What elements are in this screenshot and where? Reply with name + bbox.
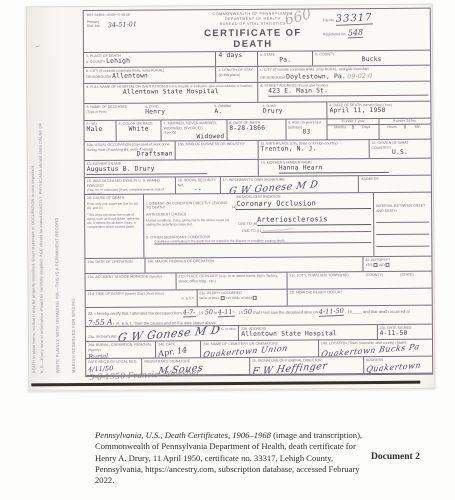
certify-text: 22. I hereby certify that I attended the… (88, 311, 182, 317)
date-of-birth-field: 8. DATE OF BIRTH 8-28-1866 (226, 120, 285, 140)
county-of-death-value: Lehigh (106, 59, 130, 66)
date-of-death: 4. DATE OF DEATH (Month) (Day) (Year) Ap… (327, 102, 431, 119)
field-label: 19a. DATE OF OPERATION (87, 260, 142, 265)
primary-dist-number: 34-51-01 (108, 21, 138, 30)
form-header: BVS 54464—4549—5-48 48 PrimaryDist. No. … (84, 9, 430, 53)
birthplace-field: 11. BIRTHPLACE (City, State or foreign c… (258, 140, 369, 159)
autopsy-no-label: NO (379, 263, 384, 267)
attended-to-year: 50 (244, 308, 253, 316)
social-security-field: 16. SOCIAL SECURITY NO. -- (175, 177, 220, 193)
residence-pencil-code: 09-02-0 (347, 71, 372, 80)
under-24-hours-field: If under 24 hrs. Hours Min. (379, 119, 431, 139)
field-label: c. LENGTH OF STAY (in this place) (219, 68, 256, 77)
age-field: 9. AGE (In years last birthday) 83 (285, 120, 327, 140)
kind-of-business-field: 10b. KIND OF BUSINESS OR INDUSTRY (175, 141, 258, 160)
form-header-right: 660 File No. 33317 Registered No. 548 (323, 11, 427, 50)
residence-county: b. COUNTY Bucks (312, 51, 430, 66)
certify-text: , 19 (197, 311, 204, 316)
field-label: DUE TO (b) (238, 221, 257, 226)
date-of-operation-field: 19a. DATE OF OPERATION (85, 259, 144, 273)
armed-forces-field: 15. WAS DECEASED EVER IN U. S. ARMED FOR… (85, 178, 175, 195)
field-note: (Type or Print) (86, 110, 106, 114)
field-label: Months (328, 125, 354, 130)
faint-pencil-mark (261, 226, 295, 232)
age-value: 83 (288, 130, 325, 137)
primary-dist-label: PrimaryDist. No. (87, 20, 107, 29)
injury-while-at-work-label: While at Work (199, 296, 219, 300)
place-of-injury-field: 21b. PLACE OF INJURY (e.g., in or about … (175, 273, 286, 290)
field-label: a. COUNTY (86, 60, 105, 64)
field-label: 21b. PLACE OF INJURY (e.g., in or about … (178, 274, 284, 284)
field-label: (COUNTY) (366, 273, 384, 277)
file-no-label: File No. (323, 18, 335, 22)
street-address: d. STREET ADDRESS (If rural, give locati… (257, 82, 430, 102)
city-of-death-value: Allentown (112, 73, 148, 80)
field-label: 19b. MAJOR FINDINGS OF OPERATION (147, 258, 360, 264)
residence-state: a. STATE Pa. (257, 52, 312, 66)
field-label: 10b. KIND OF BUSINESS OR INDUSTRY (178, 142, 256, 147)
deceased-middle-name: b. (Middle) A. (212, 103, 261, 119)
birthplace-value: Trenton, N. J. (261, 146, 367, 154)
row-hospital-street: d. FULL NAME OF HOSPITAL OR INSTITUTION … (84, 81, 430, 103)
time-of-death-value: 7:55 A. (88, 318, 115, 327)
cemetery-field: 24c. NAME OF CEMETERY OR CREMATORY Quake… (200, 341, 318, 358)
certify-text: and that death occurred at (363, 309, 410, 314)
major-findings-field: 19b. MAJOR FINDINGS OF OPERATION (144, 257, 362, 273)
fathers-name-value: Augustus B. Drury (87, 166, 207, 175)
field-label: 7. MARRIED, NEVER MARRIED, WIDOWED, DIVO… (164, 121, 225, 130)
field-label: Min. (405, 124, 430, 129)
citation-title: Pennsylvania, U.S., Death Certificates, … (95, 430, 271, 440)
row-certify-statement: 22. I hereby certify that I attended the… (86, 305, 432, 326)
marital-status-field: 7. MARRIED, NEVER MARRIED, WIDOWED, DIVO… (161, 120, 227, 140)
cause-of-death-sidebar: 18. CAUSE OF DEATH Enter only one cause … (85, 195, 143, 258)
certificate-form: BVS 54464—4549—5-48 48 PrimaryDist. No. … (83, 8, 434, 378)
field-label: (STATE) (400, 273, 413, 277)
date-of-birth-value: 8-28-1866 (229, 126, 265, 133)
field-note: Enter only one cause per line for (a), (… (87, 201, 141, 209)
city-of-death: b. CITY (If outside corporate limits, wr… (84, 67, 216, 83)
margin-note-permanent: WRITE PLAINLY, WITH UNFADING INK—THIS IS… (53, 13, 61, 373)
place-of-death-county: 1. PLACE OF DEATH a. COUNTY Lehigh (84, 52, 216, 67)
field-label: OR BOROUGH (260, 75, 285, 79)
autopsy-field: 20. AUTOPSY? YES NO (362, 257, 431, 271)
fathers-name-field: 13. FATHER'S NAME Augustus B. Drury (85, 160, 258, 177)
field-note: (Specify) (88, 348, 101, 352)
source-citation: Pennsylvania, U.S., Death Certificates, … (95, 430, 367, 487)
citizen-field: 12. CITIZEN OF WHAT COUNTRY? U.S. (368, 140, 430, 158)
sex-value: Male (87, 127, 103, 134)
registered-number: 548 (348, 28, 364, 39)
hospital-name-value: Allentown State Hospital (86, 89, 255, 97)
field-label: Days (354, 125, 379, 130)
margin-note-nb-line2: DEATH in plain terms, so that it may be … (30, 13, 37, 373)
field-note: (Month) (Day) (Year) (Hour) (125, 292, 164, 296)
field-note: (Specify) (149, 275, 162, 279)
field-label: I. DISEASE OR CONDITION DIRECTLY LEADING… (146, 201, 232, 211)
color-race-field: 6. COLOR OR RACE White (116, 121, 161, 141)
funeral-director-address-field: ADDRESS Quakertown (363, 357, 432, 373)
burial-cremation-field: 24a. BURIAL, CREMATION, REMOVAL (Specify… (86, 342, 155, 358)
certify-text: , 19 (236, 310, 243, 315)
field-label: 24a. BURIAL, CREMATION, REMOVAL (88, 343, 151, 347)
physician-address-value: Allentown State Hospital (241, 331, 337, 339)
certificate-title: CERTIFICATE OF DEATH (183, 28, 323, 51)
field-label: 18. CAUSE OF DEATH (87, 196, 141, 201)
physician-address-field: 23b. ADDRESS Allentown State Hospital (238, 325, 376, 340)
field-label: OR BOROUGH (86, 75, 111, 79)
color-race-value: White (119, 126, 159, 133)
date-signed-value: 4-11-50 (380, 331, 408, 338)
how-injury-occurred-field: 21f. HOW DID INJURY OCCUR? (286, 289, 431, 306)
form-code: BVS 54464—4549—5-48 48 (87, 12, 183, 17)
burial-date-value: Apr. 14 (158, 345, 188, 358)
field-note: Conditions contributing to the death but… (154, 239, 371, 246)
field-note: m. E.S.T. (88, 296, 195, 301)
field-label: c. CITY (If outside corporate limits, wr… (260, 67, 428, 73)
deceased-first-name: a. (First) Henry (143, 103, 212, 119)
row-occupation-birthplace: 10a. USUAL OCCUPATION (Give kind of work… (85, 139, 431, 160)
registered-no-label: Registered No. (323, 32, 347, 36)
interval-column: INTERVAL BETWEEN ONSET AND DEATH (373, 193, 431, 256)
field-label: ADDRESS (361, 177, 429, 182)
sex-field: 5. SEX Male (84, 121, 115, 141)
field-label: 21c. (CITY, TOWN AND TOWNSHIP) (289, 274, 348, 278)
hospital-institution: d. FULL NAME OF HOSPITAL OR INSTITUTION … (84, 83, 257, 103)
death-certificate-scan: ~ DEATH in plain terms, so that it may b… (26, 4, 436, 392)
date-of-death-value: April 11, 1950 (330, 107, 429, 115)
document-number-label: Document 2 (371, 452, 420, 462)
cause-b-value: Arteriosclerosis (257, 217, 328, 225)
field-label: 21d. TIME OF INJURY (88, 292, 124, 296)
field-label: DUE TO (c) (242, 228, 261, 233)
certify-text: to (214, 310, 217, 315)
last-seen-alive-date: 4-11-50 (319, 307, 344, 317)
physician-signature-field: 23a. SIGNATURE G W Gonese M D M.D. or ot… (86, 326, 238, 341)
certify-statement: 22. I hereby certify that I attended the… (86, 306, 432, 326)
under-one-year-field: If under 1 year Months Days (327, 119, 379, 139)
length-of-stay-label-cell: c. LENGTH OF STAY (in this place) (216, 67, 258, 82)
field-label: b. CITY (If outside corporate limits, wr… (86, 68, 213, 73)
attended-to-date: 4-11- (218, 308, 235, 318)
citizen-value: U.S. (371, 150, 428, 157)
field-label: 1. PLACE OF DEATH (86, 53, 213, 58)
deceased-middle-name-value: A. (214, 109, 222, 116)
field-note: (Specify) (164, 131, 177, 135)
field-note: *This does not mean the mode of dying, s… (87, 212, 141, 228)
injury-not-while-at-work-label: Not While at Work (226, 296, 252, 300)
date-signed-field: 23c. DATE SIGNED 4-11-50 (377, 325, 432, 339)
field-label: 21a. ACCIDENT SUICIDE HOMICIDE (88, 275, 149, 279)
attended-from-year: 50 (204, 308, 213, 316)
autopsy-yes-checkbox (373, 263, 377, 267)
cause-a-value: Coronary Occlusion (236, 201, 316, 209)
funeral-director-field: 25. SIGNATURE OF FUNERAL DIRECTOR F W He… (249, 357, 363, 374)
field-note: Morbid conditions, if any, giving rise t… (146, 218, 238, 227)
usual-occupation-field: 10a. USUAL OCCUPATION (Give kind of work… (85, 142, 175, 161)
residence-county-value: Bucks (315, 56, 428, 64)
file-number: 33317 (336, 12, 373, 26)
while-at-work-checkbox (220, 296, 224, 300)
field-note: M.D. or other (218, 327, 237, 331)
informant-address-field: ADDRESS (358, 176, 431, 193)
field-label: Hours (380, 125, 406, 130)
field-label: 23a. SIGNATURE (88, 335, 117, 339)
certify-text: , 19____, (345, 309, 362, 314)
medical-certification-area: MEDICAL CERTIFICATION I. DISEASE OR COND… (143, 193, 373, 258)
attended-from-date: 4-7- (183, 308, 196, 318)
deceased-last-name-value: Drury (263, 108, 283, 115)
certify-text: that I last saw the deceased alive on (253, 310, 318, 315)
funeral-director-address-value: Quakertown (365, 361, 421, 374)
physician-signature: G W Gonese M D (117, 326, 221, 341)
margin-note-nb-line1: N. B.—Every item of information should b… (38, 13, 45, 373)
residence-state-value: Pa. (260, 57, 310, 64)
informant-signature-field: 17. INFORMANT'S OWN SIGNATURE G W Gonese… (220, 176, 358, 193)
injury-city-county-state-field: 21c. (CITY, TOWN AND TOWNSHIP) (COUNTY) … (286, 272, 431, 289)
injury-occurred-field: 21e. INJURY OCCURRED While at Work Not W… (196, 290, 286, 307)
field-label: 21f. HOW DID INJURY OCCUR? (289, 290, 429, 295)
street-address-value: 423 E. Main St. (268, 87, 428, 96)
length-of-stay-value: 4 days (218, 53, 242, 60)
deceased-first-name-value: Henry (145, 109, 165, 116)
occupation-value: Draftsman (87, 152, 173, 160)
deceased-last-name: c. (Last) Drury (261, 103, 327, 119)
autopsy-yes-label: YES (365, 263, 372, 267)
cemetery-location-field: 24d. LOCATION (Town, township, and count… (318, 340, 432, 357)
row-sex-race-age: 5. SEX Male 6. COLOR OR RACE White 7. MA… (84, 118, 430, 141)
name-of-deceased-label: 3. NAME OF DECEASED (Type or Print) (84, 104, 143, 120)
burial-date-field: 24b. DATE Apr. 14 (155, 342, 200, 358)
residence-city-value: Doylestown, Pa. (286, 74, 346, 81)
mothers-maiden-name-value: Hanna Hearn (279, 165, 389, 174)
residence-city: c. CITY (If outside corporate limits, wr… (257, 66, 430, 82)
autopsy-no-checkbox (386, 263, 390, 267)
field-label: INTERVAL BETWEEN ONSET AND DEATH (376, 204, 429, 213)
not-while-at-work-checkbox (253, 296, 257, 300)
accident-suicide-homicide-field: 21a. ACCIDENT SUICIDE HOMICIDE (Specify) (86, 274, 176, 291)
length-of-stay-value-cell: 4 days (215, 52, 257, 66)
form-header-left: BVS 54464—4549—5-48 48 PrimaryDist. No. … (87, 12, 183, 51)
margin-note-binding: MARGIN RESERVED FOR BINDING (69, 13, 77, 373)
time-of-injury-field: 21d. TIME OF INJURY (Month) (Day) (Year)… (86, 291, 197, 308)
row-cause-of-death: 18. CAUSE OF DEATH Enter only one cause … (85, 192, 431, 258)
citation-text: Pennsylvania, U.S., Death Certificates, … (95, 430, 367, 487)
mothers-maiden-name-field: 14. MOTHER'S MAIDEN NAME Hanna Hearn (258, 159, 431, 176)
